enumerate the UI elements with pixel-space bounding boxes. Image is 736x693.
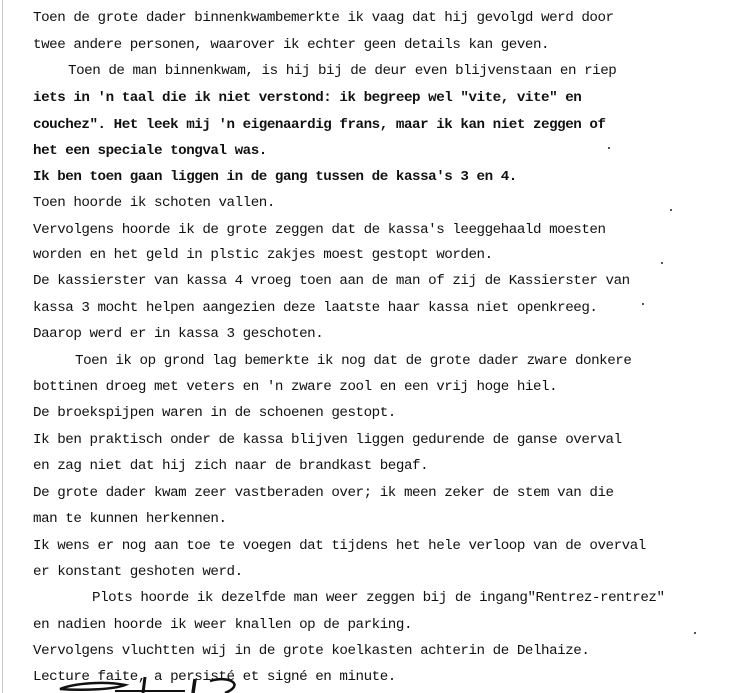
document-line: Toen de grote dader binnenkwambemerkte i… bbox=[33, 9, 614, 27]
document-line: twee andere personen, waarover ik echter… bbox=[33, 36, 549, 54]
document-line: Toen de man binnenkwam, is hij bij de de… bbox=[68, 62, 616, 80]
document-line: kassa 3 mocht helpen aangezien deze laat… bbox=[33, 299, 597, 317]
document-line: man te kunnen herkennen. bbox=[33, 510, 227, 528]
document-line: Toen hoorde ik schoten vallen. bbox=[33, 194, 275, 212]
signature bbox=[55, 675, 275, 693]
document-line: en zag niet dat hij zich naar de brandka… bbox=[33, 457, 428, 475]
document-line: Vervolgens hoorde ik de grote zeggen dat… bbox=[33, 221, 606, 239]
document-line: het een speciale tongval was. bbox=[33, 142, 267, 160]
document-line: bottinen droeg met veters en 'n zware zo… bbox=[33, 378, 557, 396]
document-line: De broekspijpen waren in de schoenen ges… bbox=[33, 404, 396, 422]
page-edge bbox=[2, 0, 3, 693]
document-line: Plots hoorde ik dezelfde man weer zeggen… bbox=[92, 589, 665, 607]
document-line: Daarop werd er in kassa 3 geschoten. bbox=[33, 325, 323, 343]
document-line: De grote dader kwam zeer vastberaden ove… bbox=[33, 484, 614, 502]
scan-speck bbox=[694, 632, 696, 634]
document-line: Vervolgens vluchtten wij in de grote koe… bbox=[33, 642, 589, 660]
document-line: worden en het geld in plstic zakjes moes… bbox=[33, 246, 493, 264]
document-line: Toen ik op grond lag bemerkte ik nog dat… bbox=[75, 352, 631, 370]
document-line: er konstant geshoten werd. bbox=[33, 563, 243, 581]
scan-speck bbox=[642, 303, 644, 305]
document-line: De kassierster van kassa 4 vroeg toen aa… bbox=[33, 272, 630, 290]
document-line: en nadien hoorde ik weer knallen op de p… bbox=[33, 616, 412, 634]
scan-speck bbox=[661, 262, 663, 264]
document-line: iets in 'n taal die ik niet verstond: ik… bbox=[33, 89, 581, 107]
document-line: Ik ben toen gaan liggen in de gang tusse… bbox=[33, 168, 517, 186]
document-line: Ik wens er nog aan toe te voegen dat tij… bbox=[33, 537, 646, 555]
document-line: couchez". Het leek mij 'n eigenaardig fr… bbox=[33, 116, 606, 134]
scanned-document-page: Toen de grote dader binnenkwambemerkte i… bbox=[0, 0, 736, 693]
scan-speck bbox=[608, 147, 610, 149]
document-line: Ik ben praktisch onder de kassa blijven … bbox=[33, 431, 622, 449]
scan-speck bbox=[670, 209, 672, 211]
